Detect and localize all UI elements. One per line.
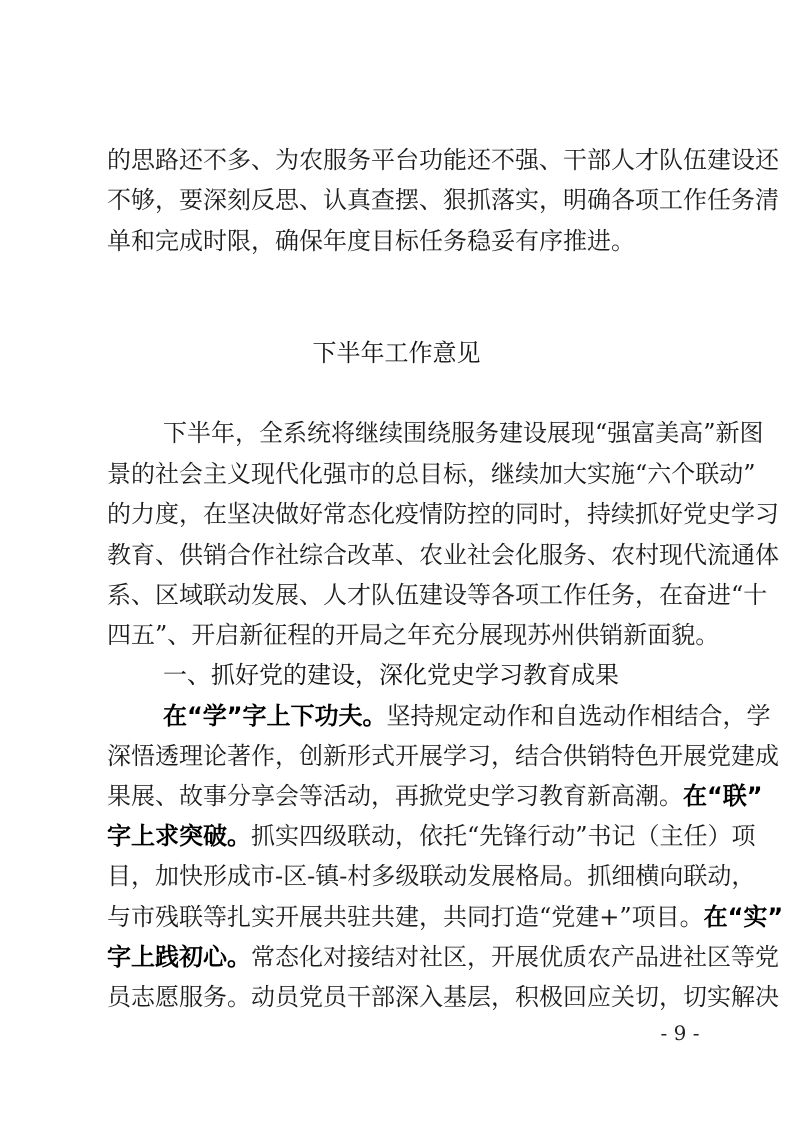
bold-lead: 字上求突破。 — [107, 822, 251, 850]
body-line: 景的社会主义现代化强市的总目标，继续加大实施“六个联动” — [107, 454, 697, 494]
body-line: 果展、故事分享会等活动，再掀党史学习教育新高潮。在“联” — [107, 776, 697, 816]
document-page: 的思路还不多、为农服务平台功能还不强、干部人才队伍建设还 不够，要深刻反思、认真… — [0, 0, 793, 1122]
body-text: 坚持规定动作和自选动作相结合，学 — [387, 702, 771, 730]
body-text: 与市残联等扎实开展共驻共建，共同打造“党建+”项目。 — [107, 903, 704, 931]
bold-lead: 在“实” — [704, 903, 784, 931]
body-line: 字上践初心。常态化对接结对社区，开展优质农产品进社区等党 — [107, 937, 697, 977]
body-line: 系、区域联动发展、人才队伍建设等各项工作任务，在奋进“十 — [107, 575, 697, 615]
body-line: 字上求突破。抓实四级联动，依托“先锋行动”书记（主任）项 — [107, 816, 697, 856]
body-text: 常态化对接结对社区，开展优质农产品进社区等党 — [251, 943, 779, 971]
bold-lead: 在“联” — [683, 782, 763, 810]
body-line: 与市残联等扎实开展共驻共建，共同打造“党建+”项目。在“实” — [107, 897, 697, 937]
body-line: 四五”、开启新征程的开局之年充分展现苏州供销新面貌。 — [107, 615, 697, 655]
body-line: 员志愿服务。动员党员干部深入基层，积极回应关切，切实解决 — [107, 977, 697, 1017]
body-line: 在“学”字上下功夫。坚持规定动作和自选动作相结合，学 — [163, 696, 697, 736]
body-line: 的思路还不多、为农服务平台功能还不强、干部人才队伍建设还 — [107, 140, 697, 180]
heading-1: 一、抓好党的建设，深化党史学习教育成果 — [163, 655, 697, 695]
bold-lead: 字上践初心。 — [107, 943, 251, 971]
body-text: 抓实四级联动，依托“先锋行动”书记（主任）项 — [251, 822, 756, 850]
body-text: 果展、故事分享会等活动，再掀党史学习教育新高潮。 — [107, 782, 683, 810]
body-line: 深悟透理论著作，创新形式开展学习，结合供销特色开展党建成 — [107, 736, 697, 776]
body-line: 的力度，在坚决做好常态化疫情防控的同时，持续抓好党史学习 — [107, 494, 697, 534]
body-line: 教育、供销合作社综合改革、农业社会化服务、农村现代流通体 — [107, 535, 697, 575]
body-line: 单和完成时限，确保年度目标任务稳妥有序推进。 — [107, 221, 697, 261]
body-line: 下半年，全系统将继续围绕服务建设展现“强富美高”新图 — [163, 413, 697, 453]
body-line: 不够，要深刻反思、认真查摆、狠抓落实，明确各项工作任务清 — [107, 180, 697, 220]
body-line: 目，加快形成市-区-镇-村多级联动发展格局。抓细横向联动， — [107, 856, 697, 896]
page-number: - 9 - — [640, 1018, 720, 1048]
section-title: 下半年工作意见 — [0, 333, 793, 373]
bold-lead: 在“学”字上下功夫。 — [163, 702, 387, 730]
